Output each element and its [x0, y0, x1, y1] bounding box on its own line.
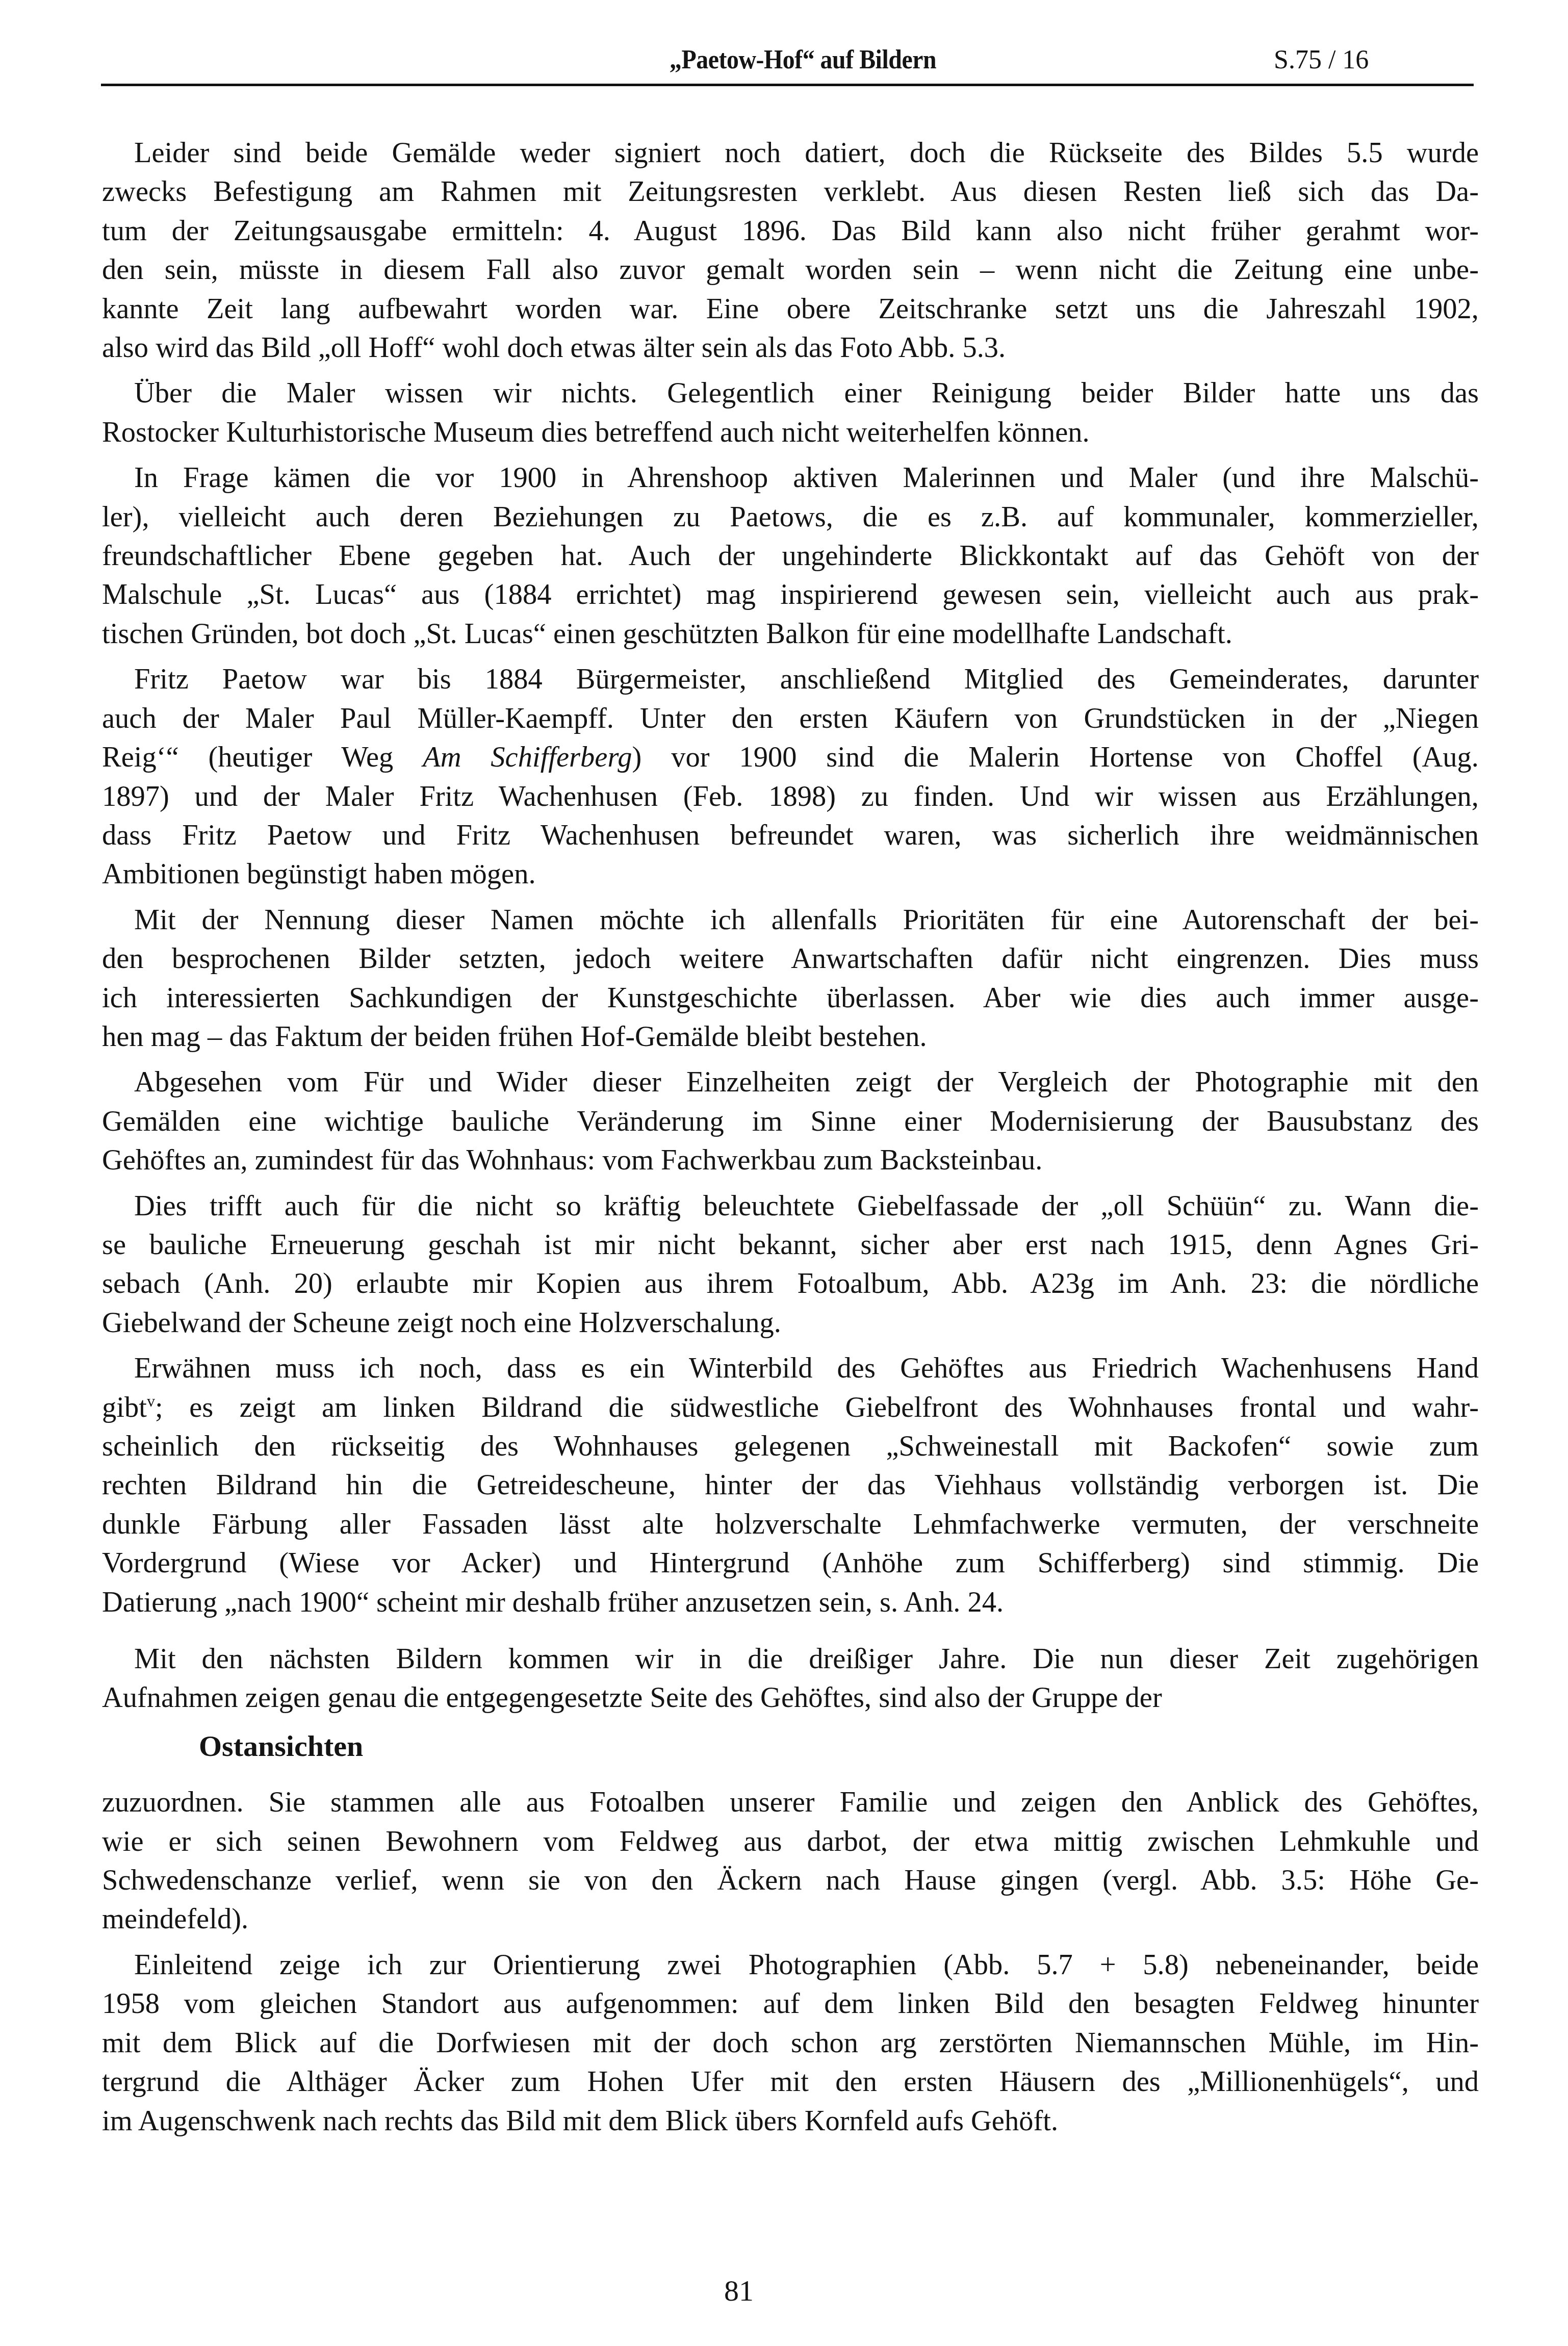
text-line: meindefeld).	[102, 1900, 1479, 1939]
text-line: zuzuordnen. Sie stammen alle aus Fotoalb…	[102, 1783, 1479, 1822]
text-line: Malschule „St. Lucas“ aus (1884 errichte…	[102, 575, 1479, 614]
paragraph: zuzuordnen. Sie stammen alle aus Fotoalb…	[102, 1783, 1479, 1939]
page-number: 81	[724, 2274, 754, 2308]
text-line: im Augenschwenk nach rechts das Bild mit…	[102, 2102, 1479, 2140]
text-line: scheinlich den rückseitig des Wohnhauses…	[102, 1427, 1479, 1466]
text-line: rechten Bildrand hin die Getreidescheune…	[102, 1466, 1479, 1504]
text-line: Über die Maler wissen wir nichts. Gelege…	[102, 374, 1479, 413]
header-rule	[101, 84, 1474, 86]
text-line: In Frage kämen die vor 1900 in Ahrenshoo…	[102, 458, 1479, 497]
running-header: „Paetow-Hof“ auf Bildern S.75 / 16	[101, 45, 1474, 89]
running-header-page-ref: S.75 / 16	[1274, 45, 1369, 75]
text-line: freundschaftlicher Ebene gegeben hat. Au…	[102, 537, 1479, 575]
text-line: tischen Gründen, bot doch „St. Lucas“ ei…	[102, 615, 1479, 653]
footnote-marker: v	[147, 1392, 155, 1410]
text-line: Reig‘“ (heutiger Weg Am Schifferberg) vo…	[102, 738, 1479, 777]
text-line: Giebelwand der Scheune zeigt noch eine H…	[102, 1304, 1479, 1342]
text-line: Ambitionen begünstigt haben mögen.	[102, 855, 1479, 894]
section-heading: Ostansichten	[199, 1727, 1479, 1766]
text-line: Mit den nächsten Bildern kommen wir in d…	[102, 1640, 1479, 1678]
text-line: Mit der Nennung dieser Namen möchte ich …	[102, 901, 1479, 939]
text-line: ich interessierten Sachkundigen der Kuns…	[102, 979, 1479, 1017]
text-line: Abgesehen vom Für und Wider dieser Einze…	[102, 1063, 1479, 1102]
paragraph: Mit den nächsten Bildern kommen wir in d…	[102, 1640, 1479, 1718]
text-line: auch der Maler Paul Müller-Kaempff. Unte…	[102, 699, 1479, 738]
text-line: hen mag – das Faktum der beiden frühen H…	[102, 1017, 1479, 1056]
text-line: gibtv; es zeigt am linken Bildrand die s…	[102, 1388, 1479, 1427]
text-line: dass Fritz Paetow und Fritz Wachenhusen …	[102, 816, 1479, 855]
paragraph: Abgesehen vom Für und Wider dieser Einze…	[102, 1063, 1479, 1180]
text-line: Einleitend zeige ich zur Orientierung zw…	[102, 1946, 1479, 1984]
text-line: zwecks Befestigung am Rahmen mit Zeitung…	[102, 172, 1479, 211]
paragraph: Erwähnen muss ich noch, dass es ein Wint…	[102, 1349, 1479, 1622]
text-line: den sein, müsste in diesem Fall also zuv…	[102, 250, 1479, 289]
paragraph: In Frage kämen die vor 1900 in Ahrenshoo…	[102, 458, 1479, 653]
paragraph: Mit der Nennung dieser Namen möchte ich …	[102, 901, 1479, 1057]
text-line: den besprochenen Bilder setzten, jedoch …	[102, 939, 1479, 978]
paragraph: Dies trifft auch für die nicht so kräfti…	[102, 1187, 1479, 1343]
text-line: mit dem Blick auf die Dorfwiesen mit der…	[102, 2024, 1479, 2062]
text-line: 1958 vom gleichen Standort aus aufgenomm…	[102, 1984, 1479, 2023]
text-line: tum der Zeitungsausgabe ermitteln: 4. Au…	[102, 212, 1479, 250]
text-line: Fritz Paetow war bis 1884 Bürgermeister,…	[102, 660, 1479, 699]
text-line: Datierung „nach 1900“ scheint mir deshal…	[102, 1583, 1479, 1622]
text-line: Gehöftes an, zumindest für das Wohnhaus:…	[102, 1141, 1479, 1180]
text-line: 1897) und der Maler Fritz Wachenhusen (F…	[102, 777, 1479, 816]
paragraph-gap	[102, 1628, 1479, 1640]
paragraph: Einleitend zeige ich zur Orientierung zw…	[102, 1946, 1479, 2140]
text-line: Rostocker Kulturhistorische Museum dies …	[102, 413, 1479, 452]
text-line: sebach (Anh. 20) erlaubte mir Kopien aus…	[102, 1264, 1479, 1303]
running-header-title: „Paetow-Hof“ auf Bildern	[670, 45, 936, 75]
text-line: kannte Zeit lang aufbewahrt worden war. …	[102, 290, 1479, 328]
italic-phrase: Am Schifferberg	[423, 742, 632, 773]
text-line: Dies trifft auch für die nicht so kräfti…	[102, 1187, 1479, 1226]
paragraph: Fritz Paetow war bis 1884 Bürgermeister,…	[102, 660, 1479, 894]
text-line: Gemälden eine wichtige bauliche Veränder…	[102, 1102, 1479, 1141]
paragraph: Über die Maler wissen wir nichts. Gelege…	[102, 374, 1479, 452]
text-line: also wird das Bild „oll Hoff“ wohl doch …	[102, 328, 1479, 367]
text-line: wie er sich seinen Bewohnern vom Feldweg…	[102, 1822, 1479, 1861]
text-line: dunkle Färbung aller Fassaden lässt alte…	[102, 1505, 1479, 1544]
text-line: Aufnahmen zeigen genau die entgegengeset…	[102, 1678, 1479, 1717]
text-line: Vordergrund (Wiese vor Acker) und Hinter…	[102, 1544, 1479, 1583]
paragraph: Leider sind beide Gemälde weder signiert…	[102, 134, 1479, 367]
text-line: Erwähnen muss ich noch, dass es ein Wint…	[102, 1349, 1479, 1388]
body-text: Leider sind beide Gemälde weder signiert…	[102, 134, 1479, 2147]
text-line: tergrund die Althäger Äcker zum Hohen Uf…	[102, 2062, 1479, 2101]
text-line: se bauliche Erneuerung geschah ist mir n…	[102, 1226, 1479, 1264]
text-line: ler), vielleicht auch deren Beziehungen …	[102, 498, 1479, 537]
text-line: Schwedenschanze verlief, wenn sie von de…	[102, 1861, 1479, 1900]
text-line: Leider sind beide Gemälde weder signiert…	[102, 134, 1479, 172]
